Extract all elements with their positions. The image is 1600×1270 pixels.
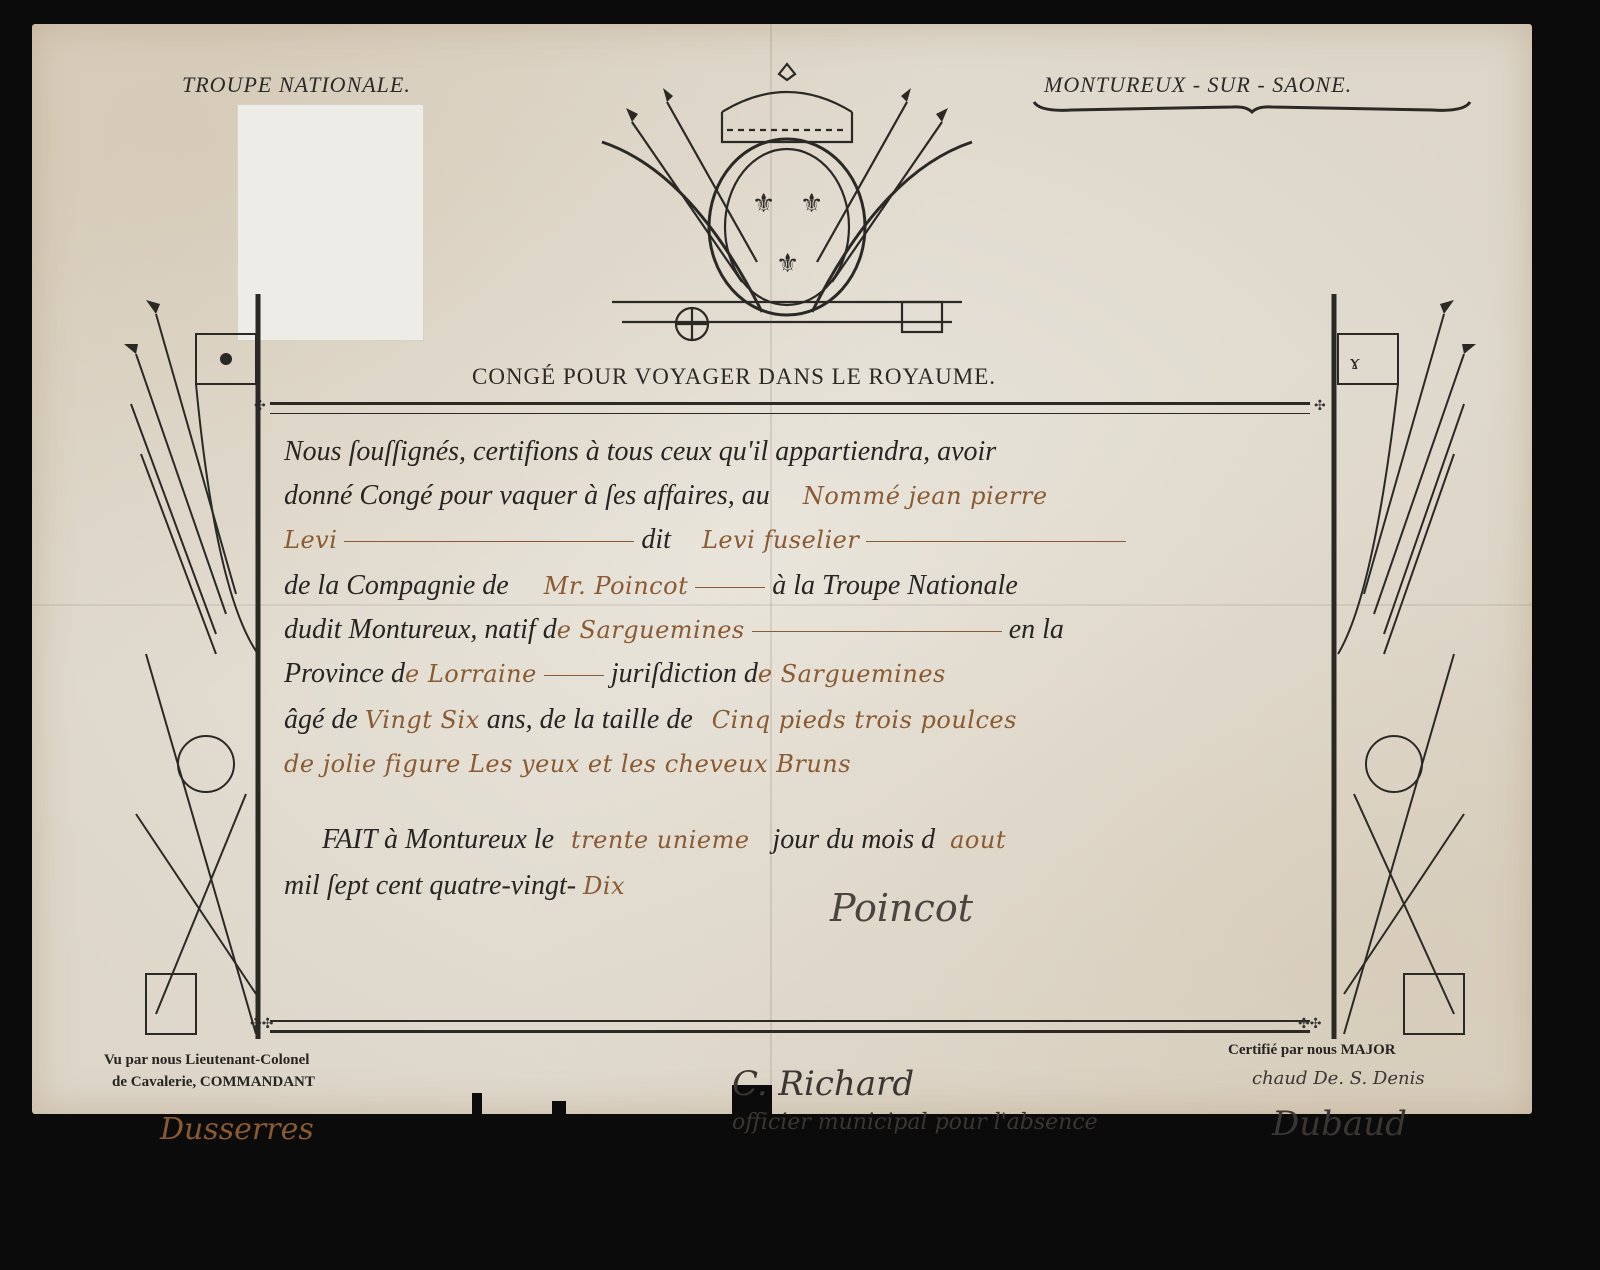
body-line-8: de jolie figure Les yeux et les cheveux … [284, 748, 851, 780]
body-line-5: dudit Montureux, natif de Sarguemines en… [284, 614, 1064, 646]
handwritten-name: Nommé jean pierre [803, 482, 1048, 510]
commandant-signature: Dusserres [160, 1112, 314, 1147]
fill-line [544, 675, 604, 676]
handwritten-birthplace: e Sarguemines [557, 616, 745, 644]
municipal-officer-note: officier municipal pour l'absence [732, 1110, 1098, 1135]
header-left: TROUPE NATIONALE. [182, 72, 411, 98]
svg-text:ɤ: ɤ [1350, 349, 1360, 374]
handwritten-surname: Levi [284, 526, 337, 554]
bottom-rule [270, 1020, 1310, 1033]
body-line-6: Province de Lorraine juriſdiction de Sar… [284, 658, 946, 690]
year-line: mil ſept cent quatre-vingt- Dix [284, 870, 625, 902]
printed-text: juriſdiction d [611, 658, 758, 689]
printed-text: dit [641, 524, 671, 555]
printed-text: Province d [284, 658, 405, 689]
printed-text: de la Compagnie de [284, 570, 509, 601]
handwritten-height: Cinq pieds trois poulces [712, 706, 1017, 734]
body-line-1: Nous ſouſſignés, certifions à tous ceux … [284, 436, 996, 468]
fill-line [344, 541, 634, 542]
brace-ornament [1032, 96, 1472, 114]
header-right: MONTUREUX - SUR - SAONE. [1044, 72, 1352, 98]
svg-text:⚜: ⚜ [752, 189, 775, 218]
handwritten-month: aout [950, 826, 1006, 854]
richard-signature: C. Richard [732, 1064, 914, 1104]
handwritten-jurisdiction: e Sarguemines [758, 660, 946, 688]
fill-line [866, 541, 1126, 542]
major-note: chaud De. S. Denis [1252, 1068, 1425, 1089]
svg-text:⚜: ⚜ [776, 249, 799, 278]
captain-signature: Poincot [830, 886, 973, 930]
coat-of-arms-icon: ⚜ ⚜ ⚜ [572, 52, 1002, 352]
handwritten-day: trente unieme [571, 826, 750, 854]
handwritten-description: de jolie figure Les yeux et les cheveux … [284, 750, 851, 778]
fill-line [752, 631, 1002, 632]
printed-text: mil ſept cent quatre-vingt- [284, 870, 576, 901]
body-line-4: de la Compagnie de Mr. Poincot à la Trou… [284, 570, 1018, 602]
body-line-2: donné Congé pour vaquer à ſes affaires, … [284, 480, 1048, 512]
printed-text: donné Congé pour vaquer à ſes affaires, … [284, 480, 770, 511]
torn-edge [472, 1093, 482, 1115]
footer-left-line-1: Vu par nous Lieutenant-Colonel [104, 1052, 309, 1069]
body-line-3: Levi dit Levi fuselier [284, 524, 1126, 556]
fill-line [695, 587, 765, 588]
document-title: CONGÉ POUR VOYAGER DANS LE ROYAUME. [472, 364, 996, 390]
document-sheet: TROUPE NATIONALE. MONTUREUX - SUR - SAON… [32, 24, 1532, 1114]
handwritten-year: Dix [583, 872, 625, 900]
printed-text: dudit Montureux, natif d [284, 614, 557, 645]
footer-right-line-1: Certifié par nous MAJOR [1228, 1042, 1396, 1059]
trophy-of-arms-left-icon [116, 294, 266, 1039]
handwritten-age: Vingt Six [365, 706, 480, 734]
handwritten-company: Mr. Poincot [544, 572, 688, 600]
svg-text:⚜: ⚜ [800, 189, 823, 218]
major-signature: Dubaud [1272, 1104, 1407, 1144]
printed-text: âgé de [284, 704, 358, 735]
fait-line: FAIT à Montureux le trente unieme jour d… [322, 824, 1006, 856]
printed-text: FAIT à Montureux le [322, 824, 554, 855]
body-line-7: âgé de Vingt Six ans, de la taille de Ci… [284, 704, 1017, 736]
handwritten-province: e Lorraine [405, 660, 537, 688]
trophy-of-arms-right-icon: ɤ [1314, 294, 1484, 1039]
printed-text: en la [1009, 614, 1064, 645]
torn-edge [552, 1101, 566, 1115]
printed-text: ans, de la taille de [487, 704, 693, 735]
top-rule [270, 402, 1310, 414]
footer-left-line-2: de Cavalerie, COMMANDANT [112, 1074, 315, 1091]
printed-text: jour du mois d [773, 824, 936, 855]
handwritten-alias: Levi fuselier [702, 526, 859, 554]
printed-text: à la Troupe Nationale [772, 570, 1018, 601]
